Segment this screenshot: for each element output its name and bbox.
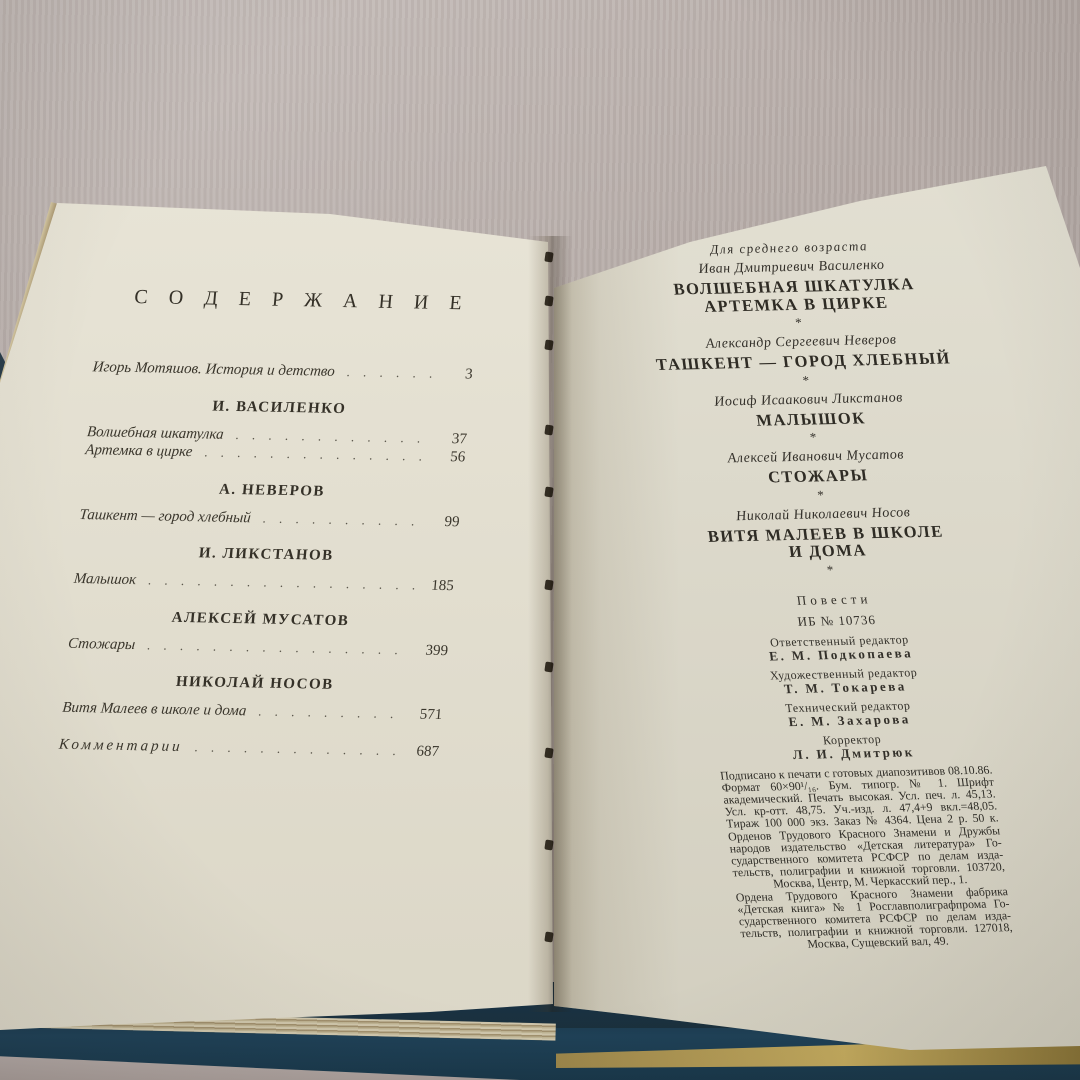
table-surface	[0, 1052, 520, 1080]
toc-section-heading: НИКОЛАЙ НОСОВ	[44, 671, 465, 696]
staff-list: Ответственный редакторЕ. М. ПодкопаеваХу…	[659, 630, 1035, 764]
stitch-mark	[544, 661, 553, 672]
toc-entry-page: 399	[417, 642, 449, 660]
photo-open-book: С О Д Е Р Ж А Н И Е Игорь Мотяшов. Истор…	[0, 0, 1080, 1080]
genre-label: Повести	[653, 587, 1015, 611]
toc-entry: Стожары399	[47, 634, 469, 661]
stitch-mark	[544, 295, 553, 306]
works-list: Иван Дмитриевич ВасиленкоВОЛШЕБНАЯ ШКАТУ…	[611, 256, 1012, 582]
toc-entry-page: 687	[408, 743, 440, 761]
toc-entry-page: 37	[436, 430, 468, 448]
toc-entry-title: Артемка в цирке	[84, 442, 193, 462]
toc-title: С О Д Е Р Ж А Н И Е	[78, 285, 500, 316]
page-stack-edges	[0, 1010, 556, 1041]
stitch-mark	[544, 424, 553, 435]
stitch-mark	[544, 931, 553, 942]
book-cover	[0, 982, 1080, 1080]
toc-entry: Малышок185	[53, 570, 475, 597]
stitch-mark	[544, 486, 553, 497]
endpaper-edge	[556, 1032, 1080, 1068]
toc-section-heading: А. НЕВЕРОВ	[61, 478, 482, 503]
stitch-mark	[544, 339, 553, 350]
cover-edge-left	[0, 352, 22, 507]
toc-entry: Витя Малеев в школе и дома571	[41, 698, 463, 725]
dot-leader	[194, 738, 402, 759]
dot-leader	[147, 571, 416, 594]
toc-entry-title: Ташкент — город хлебный	[79, 507, 252, 528]
toc-section-heading: И. ЛИКСТАНОВ	[56, 543, 477, 568]
toc-entry-page: 571	[411, 706, 443, 724]
toc-entry-title: Игорь Мотяшов. История и детство	[92, 359, 336, 381]
toc-entry-page: 185	[423, 578, 455, 596]
stitch-mark	[544, 579, 553, 590]
dot-leader	[346, 363, 436, 382]
table-of-contents: С О Д Е Р Ж А Н И Е Игорь Мотяшов. Истор…	[38, 285, 500, 761]
toc-entry: Игорь Мотяшов. История и детство3	[72, 358, 494, 385]
spine-gutter	[528, 236, 572, 1012]
toc-section-heading: И. ВАСИЛЕНКО	[69, 395, 490, 420]
imprint-block: Подписано к печати с готовых диапозитиво…	[719, 763, 1014, 952]
ib-number: ИБ № 10736	[656, 608, 1018, 632]
toc-entry-title: Малышок	[73, 571, 137, 590]
toc-entry-page: 99	[429, 513, 461, 531]
toc-entry-page: 3	[442, 366, 474, 384]
toc-entry: Комментарии687	[38, 735, 460, 762]
stitch-mark	[544, 251, 553, 262]
toc-entry-title: Волшебная шкатулка	[86, 424, 224, 444]
dot-leader	[258, 702, 406, 722]
toc-entry-page: 56	[434, 449, 466, 467]
dot-leader	[262, 509, 422, 530]
page-fore-edge	[0, 202, 58, 394]
toc-entry-title: Стожары	[67, 635, 136, 654]
stitch-mark	[544, 839, 553, 850]
dot-leader	[204, 443, 428, 465]
stitch-mark	[544, 747, 553, 758]
page-shadow	[0, 998, 1080, 1028]
dot-leader	[235, 425, 430, 446]
toc-entry: Ташкент — город хлебный99	[59, 505, 481, 532]
dot-leader	[146, 636, 410, 659]
colophon-page: Для среднего возраста Иван Дмитриевич Ва…	[608, 236, 1059, 953]
toc-section-heading: АЛЕКСЕЙ МУСАТОВ	[50, 607, 471, 632]
toc-list: Игорь Мотяшов. История и детство3И. ВАСИ…	[38, 358, 493, 761]
toc-entry-title: Витя Малеев в школе и дома	[61, 700, 247, 721]
toc-entry-title: Комментарии	[58, 736, 183, 756]
